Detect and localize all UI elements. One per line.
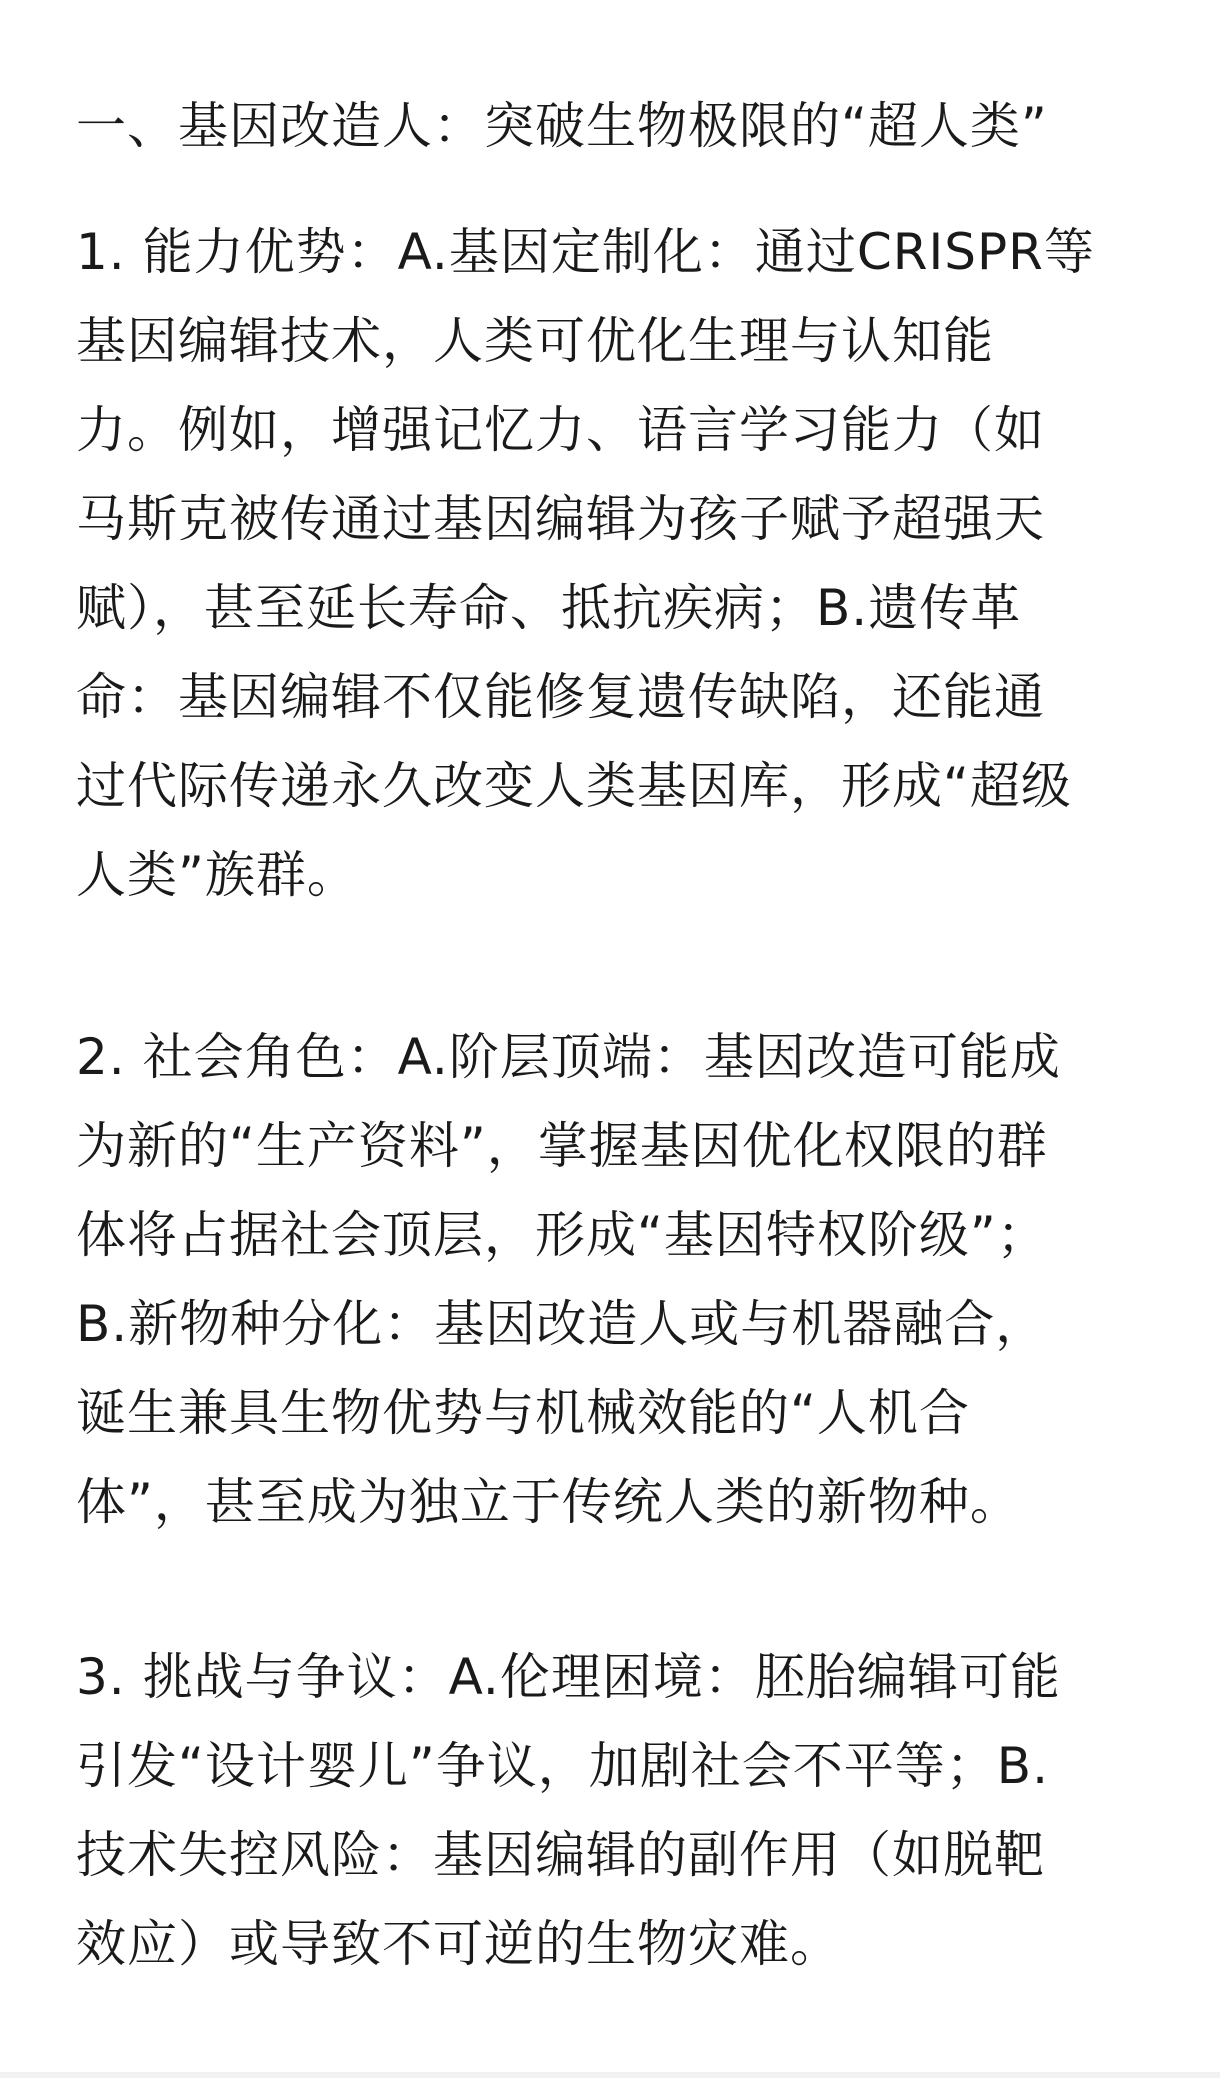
text-line: 2. 社会角色：A.阶层顶端：基因改造可能成 [76,1027,1061,1087]
text-line: 赋），甚至延长寿命、抵抗疾病；B.遗传革 [76,578,1021,638]
text-line: 基因编辑技术，人类可优化生理与认知能 [76,311,994,371]
text-line: 3. 挑战与争议：A.伦理困境：胚胎编辑可能 [76,1647,1061,1707]
document-title: 一、基因改造人：突破生物极限的“超人类” [76,96,1048,156]
text-line: 诞生兼具生物优势与机械效能的“人机合 [76,1383,970,1443]
text-line: 命：基因编辑不仅能修复遗传缺陷，还能通 [76,667,1045,727]
text-line: 1. 能力优势：A.基因定制化：通过CRISPR等 [76,222,1095,282]
text-line: 马斯克被传通过基因编辑为孩子赋予超强天 [76,489,1045,549]
text-line: 为新的“生产资料”，掌握基因优化权限的群 [76,1116,1048,1176]
text-line: B.新物种分化：基因改造人或与机器融合， [76,1294,1046,1354]
bottom-divider [0,2072,1220,2078]
text-line: 效应）或导致不可逆的生物灾难。 [76,1914,841,1974]
text-line: 技术失控风险：基因编辑的副作用（如脱靶 [76,1825,1045,1885]
text-line: 过代际传递永久改变人类基因库，形成“超级 [76,756,1072,816]
text-line: 体”，甚至成为独立于传统人类的新物种。 [76,1472,1021,1532]
text-line: 人类”族群。 [76,845,358,905]
text-line: 力。例如，增强记忆力、语言学习能力（如 [76,400,1045,460]
text-line: 引发“设计婴儿”争议，加剧社会不平等；B. [76,1736,1049,1796]
text-line: 体将占据社会顶层，形成“基因特权阶级”； [76,1205,1048,1265]
